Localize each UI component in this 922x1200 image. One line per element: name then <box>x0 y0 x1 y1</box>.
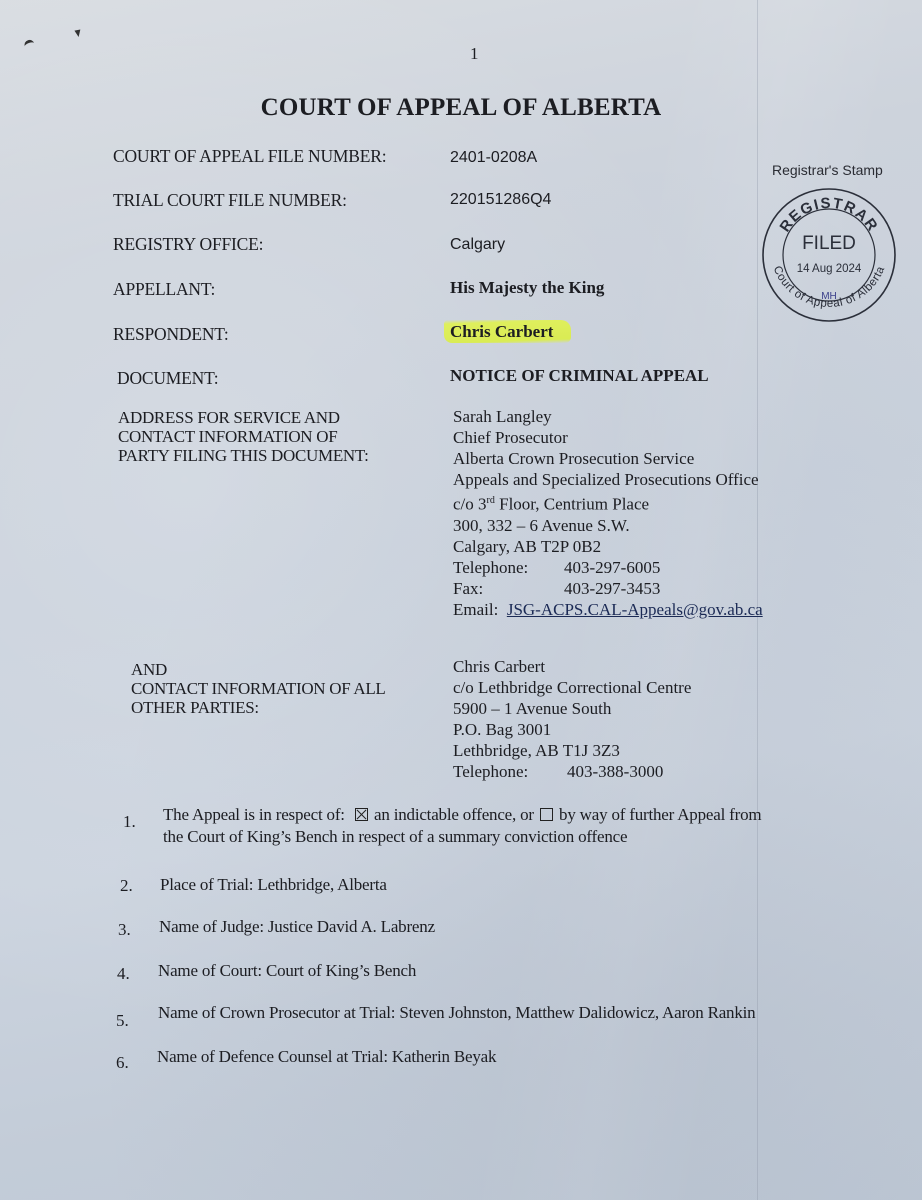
address-prefix: c/o 3 <box>453 495 487 514</box>
filing-party-telephone: Telephone:403-297-6005 <box>453 557 763 578</box>
field-value-trial-file-number: 220151286Q4 <box>450 191 551 209</box>
field-label-registry-office: REGISTRY OFFICE: <box>113 234 263 255</box>
other-parties-address: Chris Carbert c/o Lethbridge Correctiona… <box>453 656 691 782</box>
filing-party-label-line: PARTY FILING THIS DOCUMENT: <box>118 446 369 465</box>
field-label-document: DOCUMENT: <box>117 368 218 389</box>
fax-value: 403-297-3453 <box>564 578 660 599</box>
address-suffix: Floor, Centrium Place <box>495 495 649 514</box>
item-number: 1. <box>123 812 136 832</box>
page-number: 1 <box>470 44 479 64</box>
filing-party-address-line1: c/o 3rd Floor, Centrium Place <box>453 490 763 515</box>
indictable-offence-label: an indictable offence, or <box>374 805 534 824</box>
field-label-appeal-file-number: COURT OF APPEAL FILE NUMBER: <box>113 146 386 167</box>
further-appeal-label: by way of further Appeal from <box>559 805 761 824</box>
other-party-line2: 5900 – 1 Avenue South <box>453 698 691 719</box>
filing-party-label-line: ADDRESS FOR SERVICE AND <box>118 408 369 427</box>
item-place-of-trial: Place of Trial: Lethbridge, Alberta <box>160 875 387 895</box>
other-party-line4: Lethbridge, AB T1J 3Z3 <box>453 740 691 761</box>
field-value-registry-office: Calgary <box>450 236 505 254</box>
item-number: 3. <box>118 920 131 940</box>
other-parties-label: AND CONTACT INFORMATION OF ALL OTHER PAR… <box>131 660 386 717</box>
field-label-respondent: RESPONDENT: <box>113 324 229 345</box>
punch-mark <box>74 30 81 38</box>
other-parties-label-line: AND <box>131 660 386 679</box>
registrar-stamp-caption: Registrar's Stamp <box>772 162 883 178</box>
item-defence-counsel: Name of Defence Counsel at Trial: Kather… <box>157 1047 496 1067</box>
stamp-date: 14 Aug 2024 <box>797 263 862 275</box>
filing-party-name: Sarah Langley <box>453 406 763 427</box>
telephone-value: 403-297-6005 <box>564 557 660 578</box>
filing-party-label-line: CONTACT INFORMATION OF <box>118 427 369 446</box>
indictable-offence-checkbox[interactable] <box>355 808 368 821</box>
filing-party-office: Appeals and Specialized Prosecutions Off… <box>453 469 763 490</box>
telephone-label: Telephone: <box>453 761 567 782</box>
address-superscript: rd <box>487 495 495 506</box>
filing-party-address: Sarah Langley Chief Prosecutor Alberta C… <box>453 406 763 620</box>
other-party-telephone: Telephone:403-388-3000 <box>453 761 691 782</box>
filing-party-fax: Fax:403-297-3453 <box>453 578 763 599</box>
filing-party-org: Alberta Crown Prosecution Service <box>453 448 763 469</box>
registrar-stamp: REGISTRAR FILED 14 Aug 2024 MH Court of … <box>760 186 898 324</box>
fax-label: Fax: <box>453 578 564 599</box>
further-appeal-checkbox[interactable] <box>540 808 553 821</box>
punch-mark <box>23 39 35 49</box>
item-court: Name of Court: Court of King’s Bench <box>158 961 416 981</box>
filing-party-email: Email: JSG-ACPS.CAL-Appeals@gov.ab.ca <box>453 599 763 620</box>
filing-party-label: ADDRESS FOR SERVICE AND CONTACT INFORMAT… <box>118 408 369 465</box>
highlighted-respondent-name: Chris Carbert <box>444 320 571 343</box>
filing-party-address-line3: Calgary, AB T2P 0B2 <box>453 536 763 557</box>
item-judge: Name of Judge: Justice David A. Labrenz <box>159 917 435 937</box>
document-title: COURT OF APPEAL OF ALBERTA <box>0 94 922 122</box>
item-appeal-type-continued: the Court of King’s Bench in respect of … <box>163 827 627 847</box>
item-appeal-type: The Appeal is in respect of: an indictab… <box>163 805 761 825</box>
item-number: 2. <box>120 876 133 896</box>
stamp-status: FILED <box>802 233 856 254</box>
other-party-line1: c/o Lethbridge Correctional Centre <box>453 677 691 698</box>
email-link[interactable]: JSG-ACPS.CAL-Appeals@gov.ab.ca <box>507 600 763 619</box>
other-parties-label-line: OTHER PARTIES: <box>131 698 386 717</box>
telephone-value: 403-388-3000 <box>567 761 663 782</box>
item-number: 5. <box>116 1011 129 1031</box>
item-number: 6. <box>116 1053 129 1073</box>
field-value-appellant: His Majesty the King <box>450 278 604 298</box>
item-number: 4. <box>117 964 130 984</box>
other-parties-label-line: CONTACT INFORMATION OF ALL <box>131 679 386 698</box>
field-value-document: NOTICE OF CRIMINAL APPEAL <box>450 366 709 386</box>
appeal-type-prefix: The Appeal is in respect of: <box>163 805 345 824</box>
email-label: Email: <box>453 600 498 619</box>
field-label-trial-file-number: TRIAL COURT FILE NUMBER: <box>113 190 347 211</box>
field-value-respondent: Chris Carbert <box>450 322 571 342</box>
telephone-label: Telephone: <box>453 557 564 578</box>
other-party-line3: P.O. Bag 3001 <box>453 719 691 740</box>
field-label-appellant: APPELLANT: <box>113 279 215 300</box>
other-party-name: Chris Carbert <box>453 656 691 677</box>
item-crown-prosecutor: Name of Crown Prosecutor at Trial: Steve… <box>158 1003 755 1023</box>
field-value-appeal-file-number: 2401-0208A <box>450 149 537 167</box>
filing-party-address-line2: 300, 332 – 6 Avenue S.W. <box>453 515 763 536</box>
filing-party-title: Chief Prosecutor <box>453 427 763 448</box>
